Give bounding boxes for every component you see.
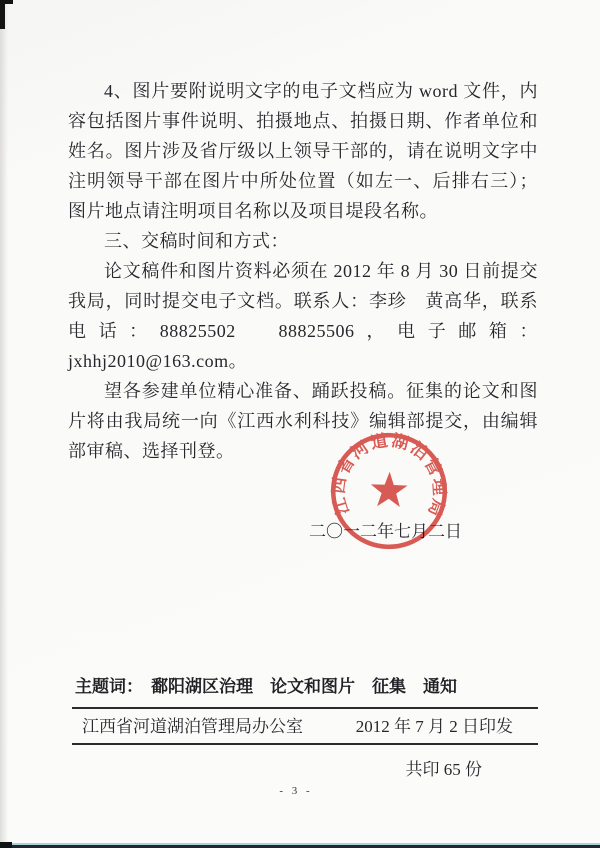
print-date: 2012 年 7 月 2 日印发 [356,714,513,740]
subject-label: 主题词： [75,677,143,696]
official-seal: 江西省河道湖泊管理局 [316,418,463,565]
paragraph-closing-remarks: 望各参建单位精心准备、踊跃投稿。征集的论文和图片将由我局统一向《江西水利科技》编… [68,376,538,466]
issuer-office: 江西省河道湖泊管理局办公室 [82,714,303,740]
scan-corner-mark-vertical [0,0,5,29]
footer-divider-top [72,707,538,709]
scan-corner-mark-horizontal [0,0,13,4]
subject-keywords-row: 主题词：鄱阳湖区治理 论文和图片 征集 通知 [75,676,545,698]
scan-bottom-corner-blob [0,842,12,848]
footer-divider-bottom [72,743,538,745]
subject-keywords: 鄱阳湖区治理 论文和图片 征集 通知 [151,677,457,696]
page-number: - 3 - [0,785,592,797]
document-body: 4、图片要附说明文字的电子文档应为 word 文件，内容包括图片事件说明、拍摄地… [68,76,538,466]
copies-note: 共印 65 份 [72,755,482,780]
section-heading-submission: 三、交稿时间和方式： [68,226,538,256]
scan-left-edge-shadow [0,0,8,848]
scanned-document-page: 4、图片要附说明文字的电子文档应为 word 文件，内容包括图片事件说明、拍摄地… [0,0,600,848]
seal-star-icon [370,471,408,507]
paragraph-submission-details: 论文稿件和图片资料必须在 2012 年 8 月 30 日前提交我局，同时提交电子… [68,256,538,376]
issuer-row: 江西省河道湖泊管理局办公室 2012 年 7 月 2 日印发 [82,714,513,740]
paragraph-photo-caption-requirements: 4、图片要附说明文字的电子文档应为 word 文件，内容包括图片事件说明、拍摄地… [68,76,538,226]
